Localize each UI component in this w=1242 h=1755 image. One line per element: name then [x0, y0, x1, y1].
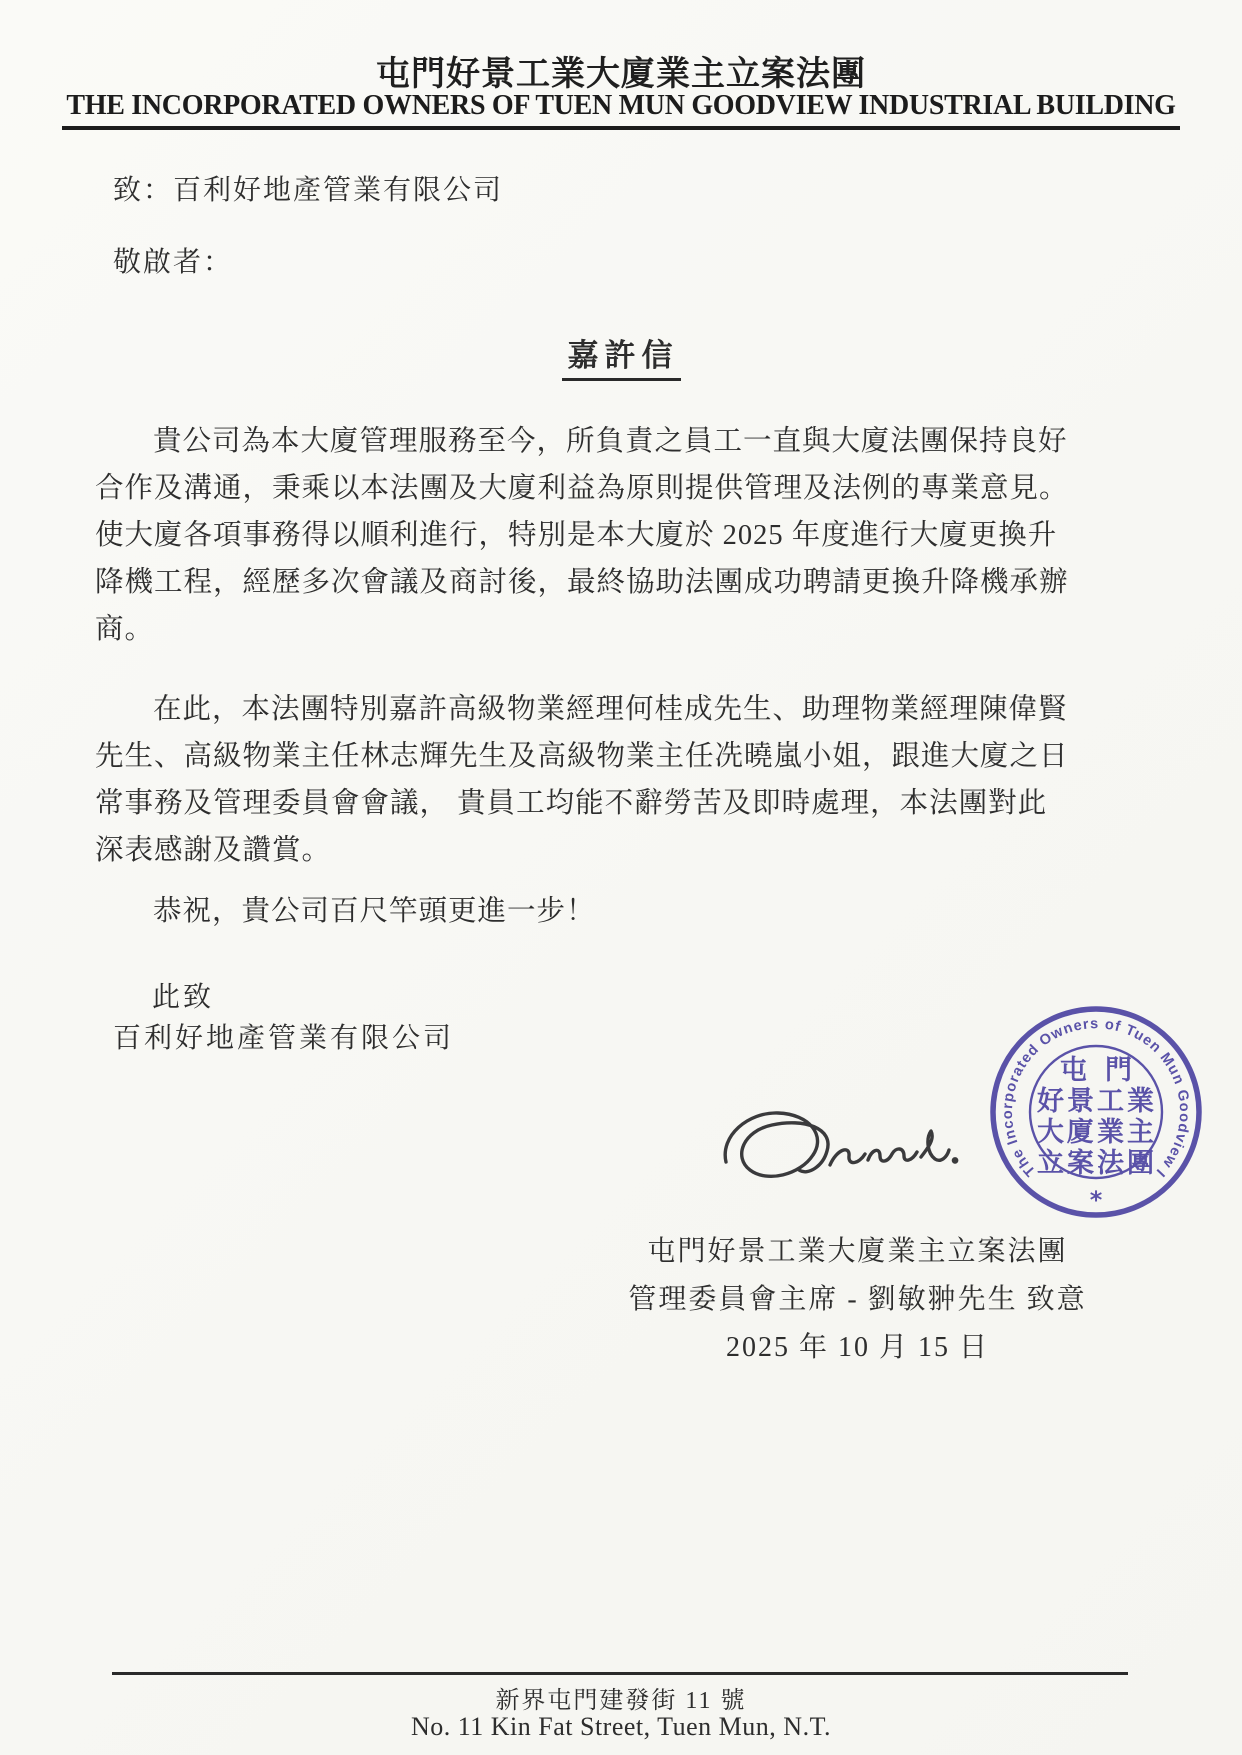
subject-wrap: 嘉許信: [0, 330, 1242, 381]
body-paragraph-2: 在此，本法團特別嘉許高級物業經理何桂成先生、助理物業經理陳偉賢 先生、高級物業主…: [95, 686, 1025, 874]
signature-dot: [953, 1159, 956, 1162]
org-title-en-wrap: THE INCORPORATED OWNERS OF TUEN MUN GOOD…: [0, 90, 1242, 130]
paragraph-line: 深表感謝及讚賞。: [95, 827, 1025, 874]
footer-address-en: No. 11 Kin Fat Street, Tuen Mun, N.T.: [0, 1712, 1242, 1742]
seal-rim-mark: *: [1090, 1186, 1103, 1214]
date-line: 2025 年 10 月 15 日: [560, 1324, 1155, 1372]
wish-line: 恭祝，貴公司百尺竿頭更進一步！: [95, 888, 596, 935]
body-paragraph-1: 貴公司為本大廈管理服務至今，所負責之員工一直與大廈法團保持良好 合作及溝通，秉乘…: [95, 418, 1025, 653]
subject-title: 嘉許信: [562, 330, 681, 381]
seal-center-line: 立案法團: [1037, 1148, 1157, 1178]
seal-center-line: 屯門: [1060, 1055, 1150, 1085]
sender-org-line: 屯門好景工業大廈業主立案法團: [560, 1228, 1155, 1276]
paragraph-line: 使大廈各項事務得以順利進行，特別是本大廈於 2025 年度進行大廈更換升: [95, 512, 1025, 559]
paragraph-line: 貴公司為本大廈管理服務至今，所負責之員工一直與大廈法團保持良好: [95, 418, 1025, 465]
footer-address-zh: 新界屯門建發街 11 號: [0, 1680, 1242, 1715]
sender-block: 屯門好景工業大廈業主立案法團 管理委員會主席 - 劉敏翀先生 致意 2025 年…: [560, 1228, 1155, 1372]
closing-phrase: 此致: [152, 975, 214, 1015]
signature-scrawl: [725, 1113, 828, 1176]
signature-scrawl: [830, 1131, 949, 1165]
org-title-en: THE INCORPORATED OWNERS OF TUEN MUN GOOD…: [62, 90, 1179, 130]
paragraph-line: 合作及溝通，秉乘以本法團及大廈利益為原則提供管理及法例的專業意見。: [95, 465, 1025, 512]
paragraph-line: 商。: [95, 606, 1025, 653]
paragraph-line: 先生、高級物業主任林志輝先生及高級物業主任冼曉嵐小姐，跟進大廈之日: [95, 733, 1025, 780]
seal-center-line: 好景工業: [1037, 1085, 1157, 1116]
paragraph-line: 降機工程，經歷多次會議及商討後，最終協助法團成功聘請更換升降機承辦: [95, 559, 1025, 606]
paragraph-line: 在此，本法團特別嘉許高級物業經理何桂成先生、助理物業經理陳偉賢: [95, 686, 1025, 733]
signature: [712, 1098, 960, 1200]
salutation: 敬啟者：: [113, 240, 233, 280]
letter-page: 屯門好景工業大廈業主立案法團 THE INCORPORATED OWNERS O…: [0, 0, 1242, 1755]
paragraph-line: 常事務及管理委員會會議， 貴員工均能不辭勞苦及即時處理，本法團對此: [95, 780, 1025, 827]
seal-center-line: 大廈業主: [1037, 1117, 1157, 1147]
org-title-zh: 屯門好景工業大廈業主立案法團: [0, 46, 1242, 95]
footer-divider: [112, 1672, 1128, 1675]
company-seal: The Incorporated Owners of Tuen Mun Good…: [986, 1002, 1206, 1222]
closing-recipient: 百利好地產管業有限公司: [113, 1016, 454, 1056]
sender-signoff-line: 管理委員會主席 - 劉敏翀先生 致意: [560, 1276, 1155, 1324]
recipient-line: 致：百利好地產管業有限公司: [113, 168, 503, 208]
